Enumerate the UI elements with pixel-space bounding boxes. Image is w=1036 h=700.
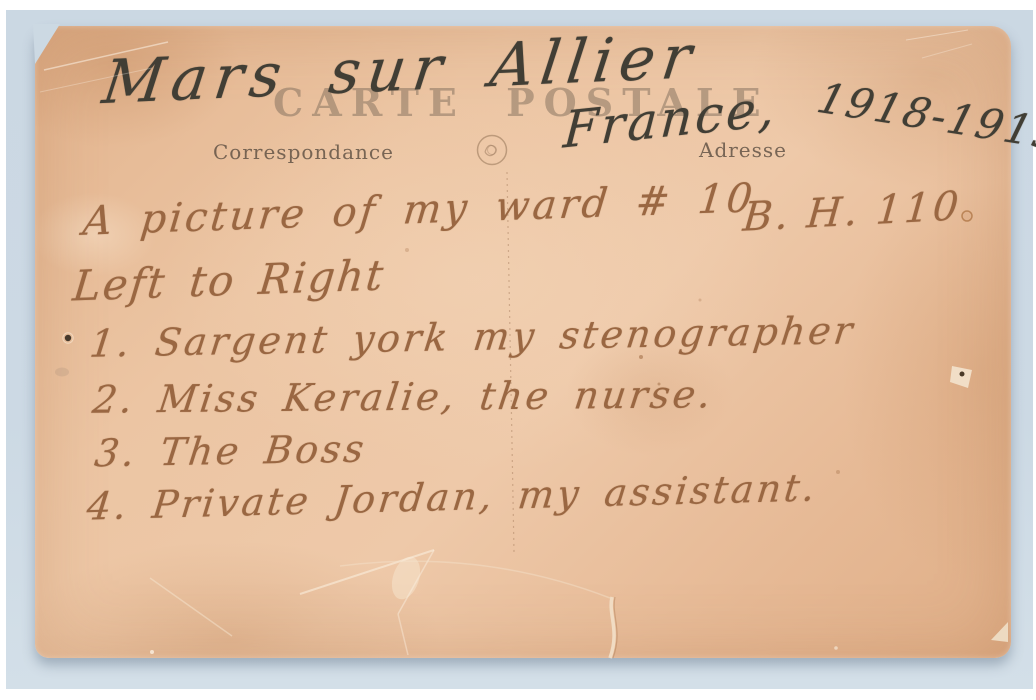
message-caption: A picture of my ward # 10 [81, 178, 757, 242]
correspondence-label: Correspondance [213, 142, 394, 162]
list-item: 4. Private Jordan, my assistant. [85, 468, 820, 525]
handwritten-years: 1918-1919 [813, 77, 1036, 156]
postcard-photo: CARTE POSTALE Correspondance Adresse Mar… [0, 0, 1036, 700]
message-unit: B. H. 110 [741, 186, 963, 238]
message-direction: Left to Right [71, 254, 387, 307]
postcard: CARTE POSTALE Correspondance Adresse Mar… [35, 26, 1011, 658]
list-item: 2. Miss Keralie, the nurse. [91, 375, 717, 418]
list-item: 1. Sargent york my stenographer [88, 311, 858, 362]
list-item: 3. The Boss [93, 430, 369, 473]
